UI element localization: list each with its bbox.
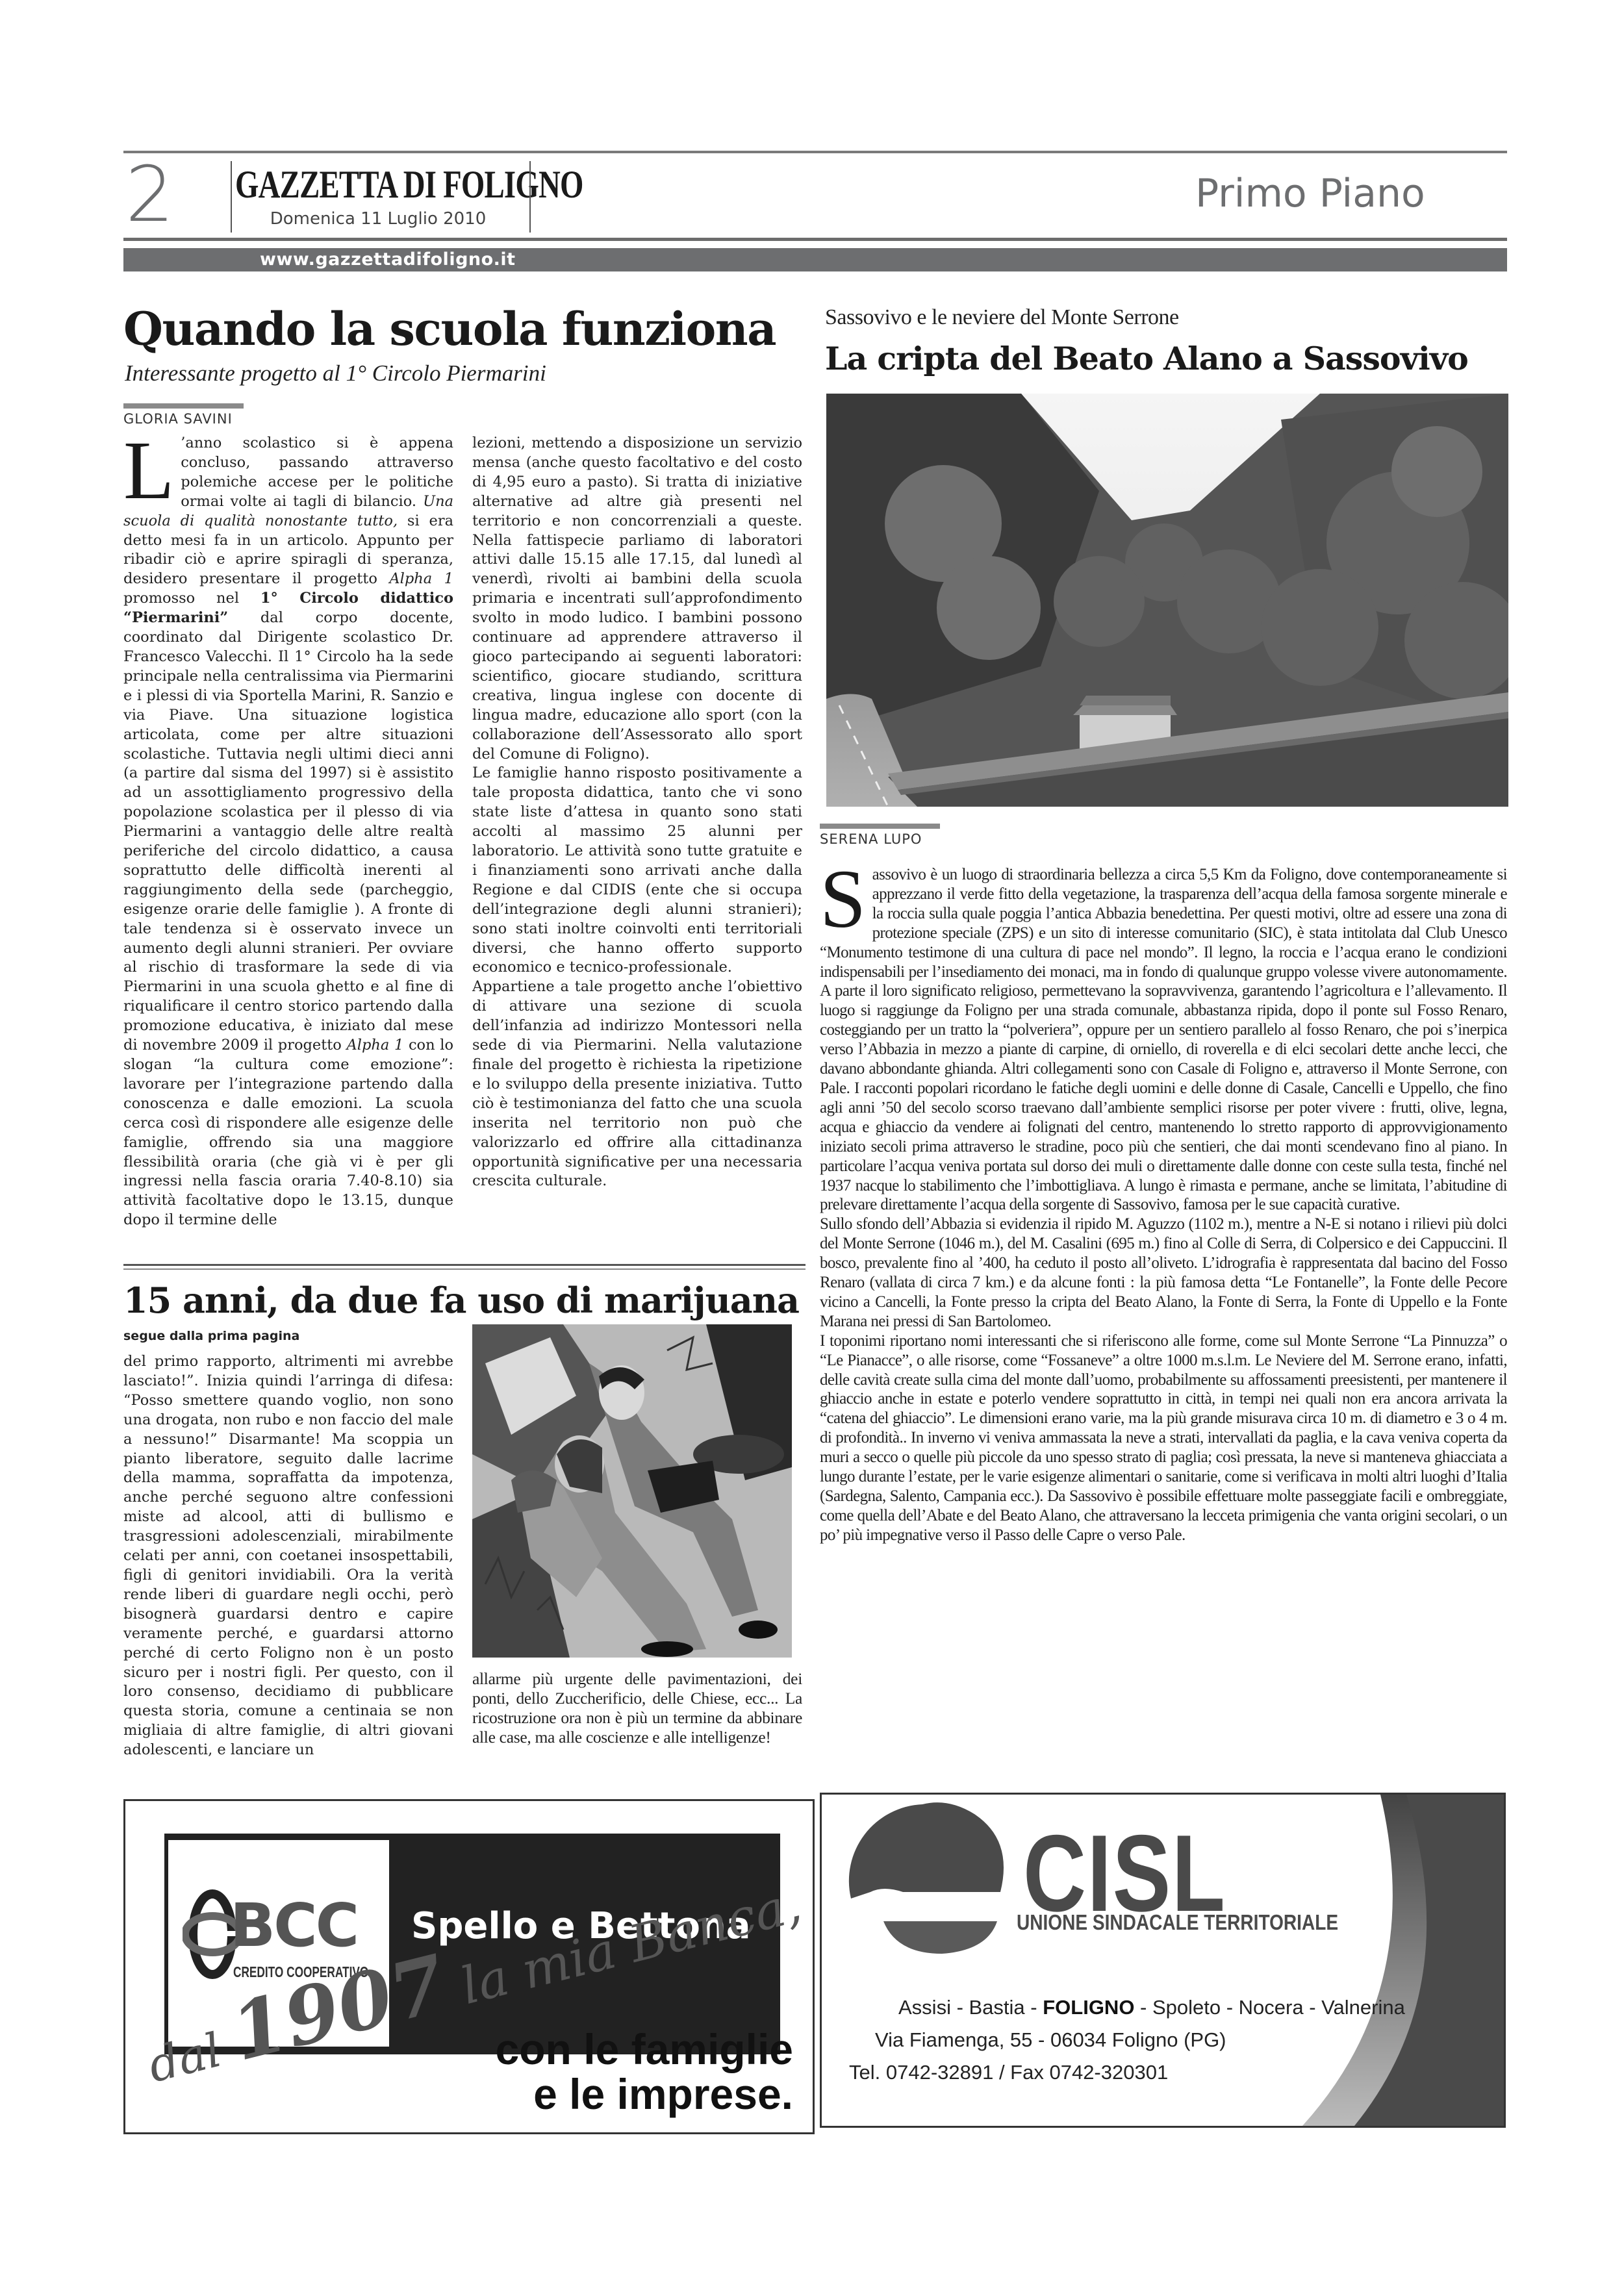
paragraph: Appartiene a tale progetto anche l’obiet… [472, 978, 802, 1191]
byline-sassovivo: SERENA LUPO [820, 831, 922, 847]
headline-sassovivo: La cripta del Beato Alano a Sassovivo [825, 340, 1468, 377]
teenagers-graffiti-photo-icon [472, 1324, 792, 1658]
dropcap-school: L [123, 438, 174, 503]
paragraph: allarme più urgente delle pavimentazioni… [472, 1669, 802, 1747]
headline-school: Quando la scuola funziona [123, 302, 776, 356]
bcc-slogan-dal: dal [143, 2023, 227, 2093]
cisl-towns: Assisi - Bastia - FOLIGNO - Spoleto - No… [898, 1996, 1405, 2019]
kicker-sassovivo: Sassovivo e le neviere del Monte Serrone [825, 305, 1179, 330]
cisl-logo-icon [844, 1801, 1013, 1957]
kicker-marijuana: segue dalla prima pagina [123, 1329, 299, 1343]
paragraph: Sullo sfondo dell’Abbazia si evidenzia i… [820, 1215, 1507, 1331]
dropcap-sassovivo: S [820, 868, 866, 930]
cisl-towns-pre: Assisi - Bastia - [898, 1996, 1043, 2019]
paragraph-text: assovivo è un luogo di straordinaria bel… [820, 866, 1507, 1213]
bcc-tagline-line-2: e le imprese. [496, 2072, 793, 2117]
text-run: dal corpo docente, coordinato dal Dirige… [123, 609, 453, 1053]
bcc-logo-letters: BCC [230, 1891, 357, 1960]
masthead-top-rule [123, 151, 1507, 153]
cisl-subtitle: UNIONE SINDACALE TERRITORIALE [1017, 1910, 1338, 1935]
subheadline-school: Interessante progetto al 1° Circolo Pier… [125, 360, 546, 386]
section-title: Primo Piano [1195, 171, 1425, 216]
text-run: con lo slogan “la cultura come emozione”… [123, 1037, 453, 1228]
text-run: ’anno scolastico si è appena concluso, p… [181, 435, 453, 510]
valley-road-photo-icon [826, 394, 1508, 807]
website-link[interactable]: www.gazzettadifoligno.it [260, 249, 516, 270]
article-marijuana-column-1: del primo rapporto, altrimenti mi avrebb… [123, 1352, 453, 1768]
masthead-divider [529, 161, 531, 233]
article-sassovivo-body: Sassovivo è un luogo di straordinaria be… [820, 865, 1507, 1768]
text-run: promosso nel [123, 590, 260, 607]
byline-rule [820, 824, 940, 829]
article-marijuana-column-2: allarme più urgente delle pavimentazioni… [472, 1669, 802, 1747]
newspaper-name: GAZZETTA DI FOLIGNO [235, 162, 463, 207]
article-school-column-1: L ’anno scolastico si è appena concluso,… [123, 434, 453, 1257]
paragraph: del primo rapporto, altrimenti mi avrebb… [123, 1352, 453, 1760]
cisl-towns-post: - Spoleto - Nocera - Valnerina [1134, 1996, 1404, 2019]
issue-date: Domenica 11 Luglio 2010 [235, 209, 521, 229]
advertisement-bcc[interactable]: BCC CREDITO COOPERATIVO Spello e Bettona… [123, 1799, 815, 2134]
photo-teenagers [472, 1324, 792, 1658]
cisl-address: Via Fiamenga, 55 - 06034 Foligno (PG) [875, 2028, 1226, 2052]
text-run: Alpha 1 [347, 1037, 404, 1053]
cisl-towns-highlight: FOLIGNO [1043, 1996, 1134, 2019]
article-school-column-2: lezioni, mettendo a disposizione un serv… [472, 434, 802, 1257]
paragraph: Sassovivo è un luogo di straordinaria be… [820, 865, 1507, 1215]
paragraph: Le famiglie hanno risposto positivamente… [472, 764, 802, 978]
photo-sassovivo [826, 394, 1508, 807]
byline-rule [123, 403, 244, 409]
advertisement-cisl[interactable]: CISL UNIONE SINDACALE TERRITORIALE Assis… [820, 1793, 1506, 2128]
cisl-phone: Tel. 0742-32891 / Fax 0742-320301 [849, 2061, 1168, 2084]
section-divider [123, 1268, 806, 1270]
masthead-bottom-rule [123, 238, 1507, 241]
section-divider [123, 1264, 806, 1266]
bcc-tagline: con le famiglie e le imprese. [496, 2027, 793, 2117]
page-number: 2 [125, 156, 174, 233]
text-run: Alpha 1 [389, 570, 453, 587]
masthead-divider [231, 161, 232, 233]
paragraph: lezioni, mettendo a disposizione un serv… [472, 434, 802, 764]
paragraph: I toponimi riportano nomi interessanti c… [820, 1331, 1507, 1545]
article-school-text-1: ’anno scolastico si è appena concluso, p… [123, 435, 453, 1228]
headline-marijuana: 15 anni, da due fa uso di marijuana [123, 1280, 799, 1321]
bcc-tagline-line-1: con le famiglie [496, 2027, 793, 2072]
